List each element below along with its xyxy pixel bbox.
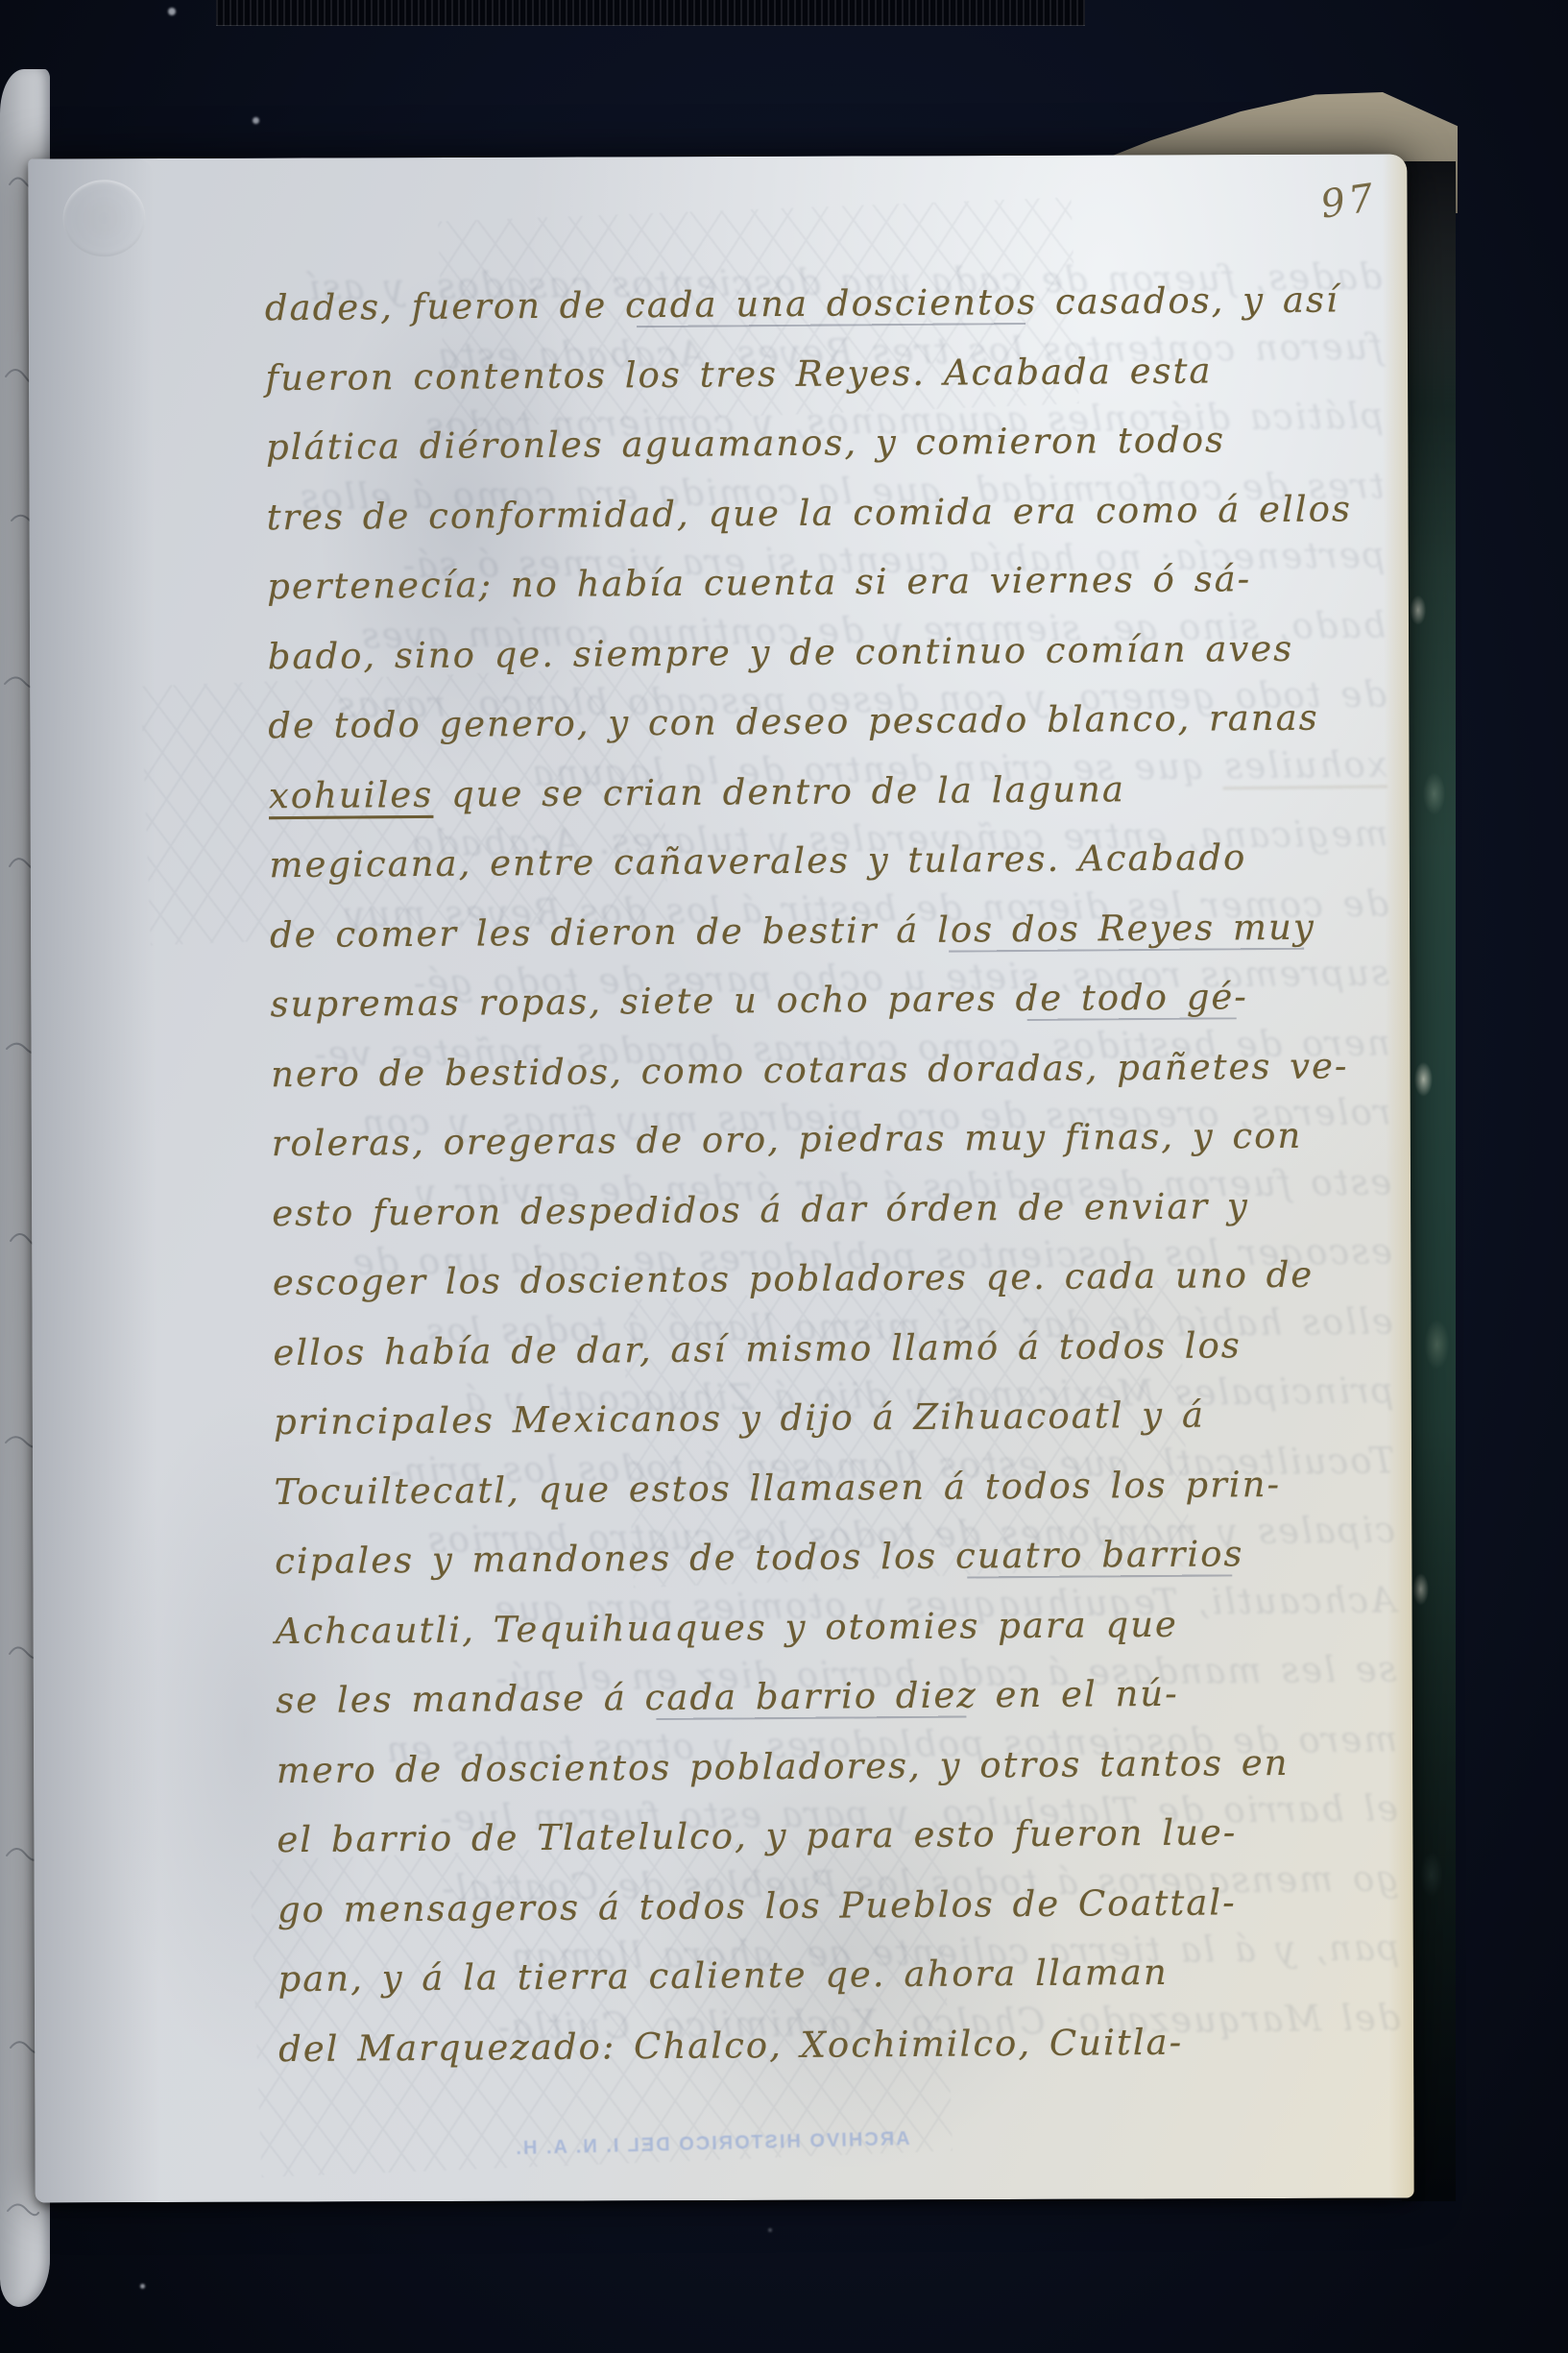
manuscript-line: megicana, entre cañaverales y tulares. A… bbox=[269, 822, 1393, 901]
text-segment: mero de doscientos pobladores, y otros t… bbox=[277, 1741, 1290, 1790]
manuscript-line: principales Mexicanos y dijo á Zihuacoat… bbox=[274, 1379, 1398, 1458]
manuscript-line: Achcautli, Tequihuaques y otomies para q… bbox=[275, 1588, 1399, 1666]
dust-speck bbox=[768, 2228, 772, 2232]
manuscript-line: roleras, oregeras de oro, piedras muy fi… bbox=[271, 1101, 1395, 1179]
text-segment: tres de conformidad, que la comida era c… bbox=[266, 488, 1352, 538]
text-segment: fueron contentos los tres Reyes. Acabada… bbox=[265, 350, 1212, 399]
text-segment: principales Mexicanos y dijo á Zihuacoat… bbox=[274, 1395, 1205, 1443]
text-segment: go mensageros á todos los Pueblos de Coa… bbox=[277, 1881, 1237, 1930]
text-segment: bado, sino qe. siempre y de continuo com… bbox=[268, 627, 1294, 676]
text-segment: cada una doscientos bbox=[625, 281, 1037, 326]
manuscript-line: xohuiles que se crian dentro de la lagun… bbox=[269, 753, 1393, 832]
text-segment: ellos había de dar, así mismo llamó á to… bbox=[273, 1324, 1242, 1373]
text-segment: que se crian dentro de la laguna bbox=[433, 768, 1125, 815]
text-segment: xohuiles bbox=[269, 773, 434, 815]
manuscript-line: nero de bestidos, como cotaras doradas, … bbox=[271, 1031, 1395, 1110]
page-number: 97 bbox=[1317, 176, 1380, 228]
text-segment: del Marquezado: Chalco, Xochimilco, Cuit… bbox=[278, 2021, 1183, 2069]
text-segment: supremas ropas, siete u ocho pares bbox=[270, 978, 1015, 1025]
manuscript-line: de comer les dieron de bestir á los dos … bbox=[270, 892, 1394, 971]
text-segment: cada barrio diez bbox=[644, 1674, 977, 1718]
manuscript-line: de todo genero, y con deseo pescado blan… bbox=[268, 683, 1392, 762]
manuscript-line: go mensageros á todos los Pueblos de Coa… bbox=[277, 1866, 1402, 1945]
text-segment: plática diéronles aguamanos, y comieron … bbox=[266, 419, 1225, 468]
manuscript-text-block: dades, fueron de cada una doscientos cas… bbox=[265, 265, 1403, 2084]
text-segment: de comer les dieron de bestir á bbox=[270, 909, 937, 955]
manuscript-page: dades, fueron de cada una doscientos cas… bbox=[28, 155, 1413, 2203]
manuscript-line: dades, fueron de cada una doscientos cas… bbox=[265, 265, 1389, 344]
manuscript-line: ellos había de dar, así mismo llamó á to… bbox=[273, 1309, 1397, 1388]
manuscript-line: fueron contentos los tres Reyes. Acabada… bbox=[265, 335, 1389, 414]
text-segment: cipales y mandones de todos los bbox=[275, 1536, 955, 1583]
photo-backdrop: dades, fueron de cada una doscientos cas… bbox=[0, 0, 1568, 2353]
dust-speck bbox=[140, 2284, 145, 2289]
manuscript-line: el barrio de Tlatelulco, y para esto fue… bbox=[277, 1797, 1401, 1876]
text-segment: Tocuiltecatl, que estos llamasen á todos… bbox=[274, 1463, 1281, 1512]
manuscript-line: mero de doscientos pobladores, y otros t… bbox=[277, 1727, 1401, 1806]
text-segment: roleras, oregeras de oro, piedras muy fi… bbox=[272, 1115, 1303, 1164]
manuscript-line: pan, y á la tierra caliente qe. ahora ll… bbox=[277, 1936, 1402, 2015]
text-segment: esto fueron despedidos á dar órden de en… bbox=[272, 1185, 1249, 1234]
text-segment: pan, y á la tierra caliente qe. ahora ll… bbox=[277, 1952, 1169, 2000]
text-segment: megicana, entre cañaverales y tulares. A… bbox=[269, 837, 1246, 885]
manuscript-line: del Marquezado: Chalco, Xochimilco, Cuit… bbox=[278, 2005, 1403, 2084]
text-segment: los dos Reyes muy bbox=[937, 906, 1315, 950]
text-segment: en el nú- bbox=[977, 1673, 1179, 1716]
text-segment: Achcautli, Tequihuaques y otomies para q… bbox=[276, 1603, 1178, 1651]
text-segment: el barrio de Tlatelulco, y para esto fue… bbox=[277, 1811, 1237, 1860]
manuscript-line: pertenecía; no había cuenta si era viern… bbox=[267, 544, 1391, 622]
dust-speck bbox=[253, 117, 259, 124]
fabric-binding-band bbox=[216, 0, 1085, 26]
manuscript-line: bado, sino qe. siempre y de continuo com… bbox=[267, 614, 1391, 692]
text-segment: pertenecía; no había cuenta si era viern… bbox=[267, 558, 1251, 607]
text-segment: escoger los doscientos pobladores qe. ca… bbox=[273, 1254, 1315, 1304]
manuscript-line: supremas ropas, siete u ocho pares de to… bbox=[270, 961, 1394, 1040]
text-segment: nero de bestidos, como cotaras doradas, … bbox=[271, 1045, 1349, 1095]
embossed-seal bbox=[62, 180, 145, 256]
text-segment: cuatro barrios bbox=[955, 1533, 1244, 1576]
text-segment: casados, y así bbox=[1037, 279, 1339, 322]
manuscript-line: Tocuiltecatl, que estos llamasen á todos… bbox=[274, 1448, 1398, 1527]
text-segment: dades, fueron de bbox=[265, 284, 625, 328]
manuscript-line: plática diéronles aguamanos, y comieron … bbox=[266, 404, 1390, 483]
manuscript-line: se les mandase á cada barrio diez en el … bbox=[276, 1658, 1400, 1736]
manuscript-line: esto fueron despedidos á dar órden de en… bbox=[272, 1170, 1396, 1249]
text-segment: de todo gé- bbox=[1015, 976, 1248, 1019]
dust-speck bbox=[168, 8, 176, 15]
manuscript-line: escoger los doscientos pobladores qe. ca… bbox=[273, 1240, 1397, 1319]
text-segment: de todo genero, y con deseo pescado blan… bbox=[268, 697, 1319, 747]
text-segment: se les mandase á bbox=[276, 1677, 645, 1721]
manuscript-line: cipales y mandones de todos los cuatro b… bbox=[275, 1518, 1399, 1597]
manuscript-line: tres de conformidad, que la comida era c… bbox=[266, 474, 1390, 553]
